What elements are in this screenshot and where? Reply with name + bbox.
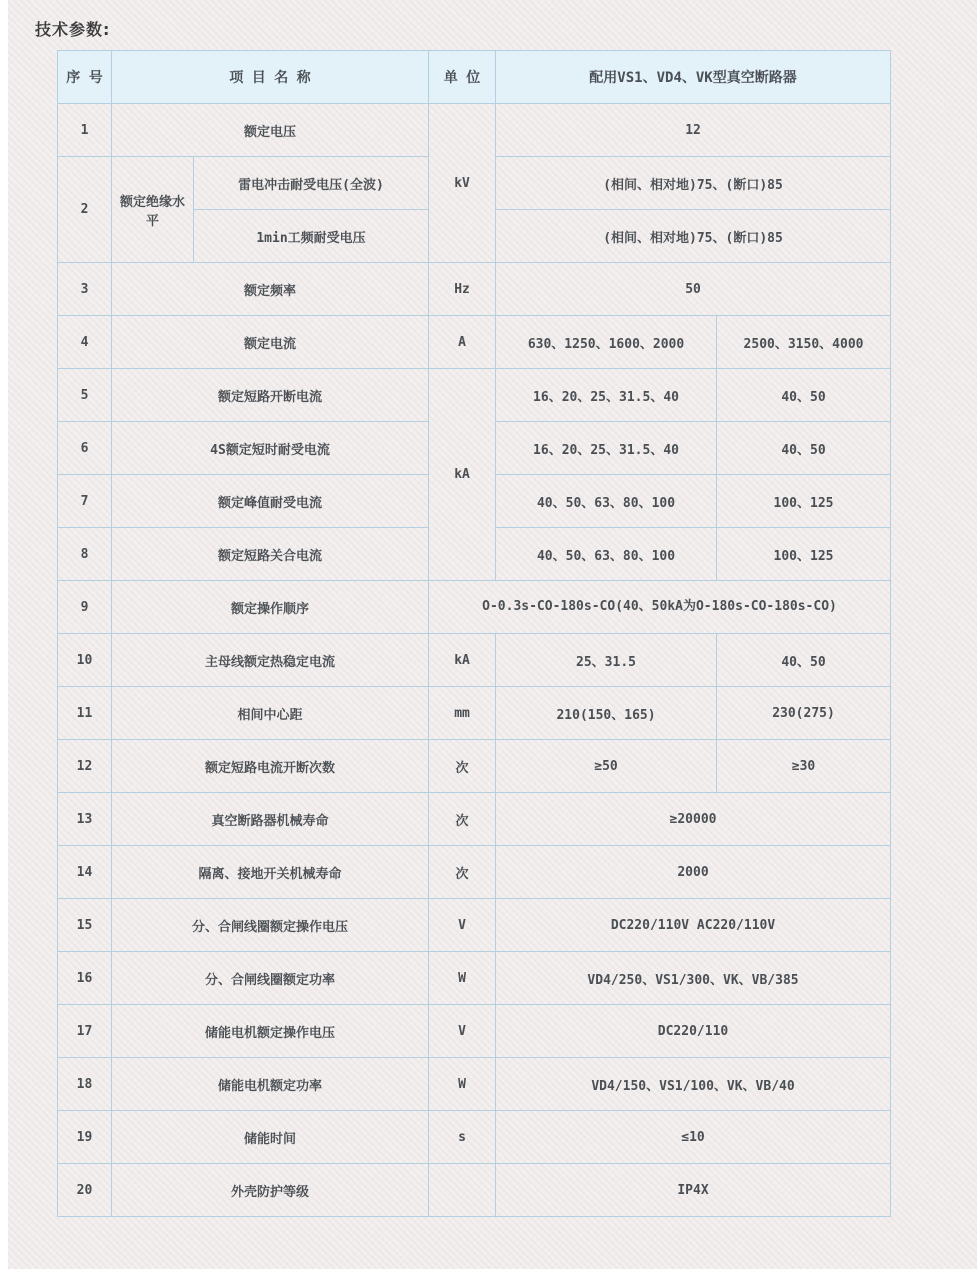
row-value: (相间、相对地)75、(断口)85 <box>496 157 891 210</box>
row-value: ≤10 <box>496 1111 891 1164</box>
row-value-a: 16、20、25、31.5、40 <box>496 369 717 422</box>
page-background: 技术参数: 序 号 项 目 名 称 单 位 配用VS1、VD4、VK型真空断路器… <box>8 0 977 1269</box>
row-no: 6 <box>58 422 112 475</box>
row-value-a: ≥50 <box>496 740 717 793</box>
row-value-a: 16、20、25、31.5、40 <box>496 422 717 475</box>
table-row: 3 额定频率 Hz 50 <box>58 263 891 316</box>
row-subname: 1min工频耐受电压 <box>194 210 429 263</box>
row-name: 储能电机额定功率 <box>112 1058 429 1111</box>
table-row: 12 额定短路电流开断次数 次 ≥50 ≥30 <box>58 740 891 793</box>
row-value-a: 630、1250、1600、2000 <box>496 316 717 369</box>
header-value: 配用VS1、VD4、VK型真空断路器 <box>496 51 891 104</box>
row-value-a: 25、31.5 <box>496 634 717 687</box>
row-value-b: 40、50 <box>717 634 891 687</box>
row-no: 10 <box>58 634 112 687</box>
row-name: 主母线额定热稳定电流 <box>112 634 429 687</box>
header-row: 序 号 项 目 名 称 单 位 配用VS1、VD4、VK型真空断路器 <box>58 51 891 104</box>
row-name: 4S额定短时耐受电流 <box>112 422 429 475</box>
row-value-b: 100、125 <box>717 475 891 528</box>
row-value-b: 2500、3150、4000 <box>717 316 891 369</box>
row-value-b: 40、50 <box>717 422 891 475</box>
row-value-a: 210(150、165) <box>496 687 717 740</box>
row-subname: 雷电冲击耐受电压(全波) <box>194 157 429 210</box>
table-row: 18 储能电机额定功率 W VD4/150、VS1/100、VK、VB/40 <box>58 1058 891 1111</box>
row-name: 额定绝缘水平 <box>112 157 194 263</box>
row-name: 额定电流 <box>112 316 429 369</box>
row-name: 额定频率 <box>112 263 429 316</box>
row-value: DC220/110 <box>496 1005 891 1058</box>
table-row: 19 储能时间 s ≤10 <box>58 1111 891 1164</box>
row-value-a: 40、50、63、80、100 <box>496 528 717 581</box>
row-value: VD4/150、VS1/100、VK、VB/40 <box>496 1058 891 1111</box>
row-name: 真空断路器机械寿命 <box>112 793 429 846</box>
row-value: VD4/250、VS1/300、VK、VB/385 <box>496 952 891 1005</box>
row-unit: kV <box>429 104 496 263</box>
row-unit: kA <box>429 369 496 581</box>
row-name: 额定操作顺序 <box>112 581 429 634</box>
row-value-b: 230(275) <box>717 687 891 740</box>
row-unit <box>429 1164 496 1217</box>
row-name: 额定短路关合电流 <box>112 528 429 581</box>
row-name: 外壳防护等级 <box>112 1164 429 1217</box>
specs-table: 序 号 项 目 名 称 单 位 配用VS1、VD4、VK型真空断路器 1 额定电… <box>57 50 891 1217</box>
header-unit: 单 位 <box>429 51 496 104</box>
table-row: 20 外壳防护等级 IP4X <box>58 1164 891 1217</box>
row-value-a: 40、50、63、80、100 <box>496 475 717 528</box>
row-name: 额定电压 <box>112 104 429 157</box>
row-unit: V <box>429 1005 496 1058</box>
row-name: 额定峰值耐受电流 <box>112 475 429 528</box>
row-name: 隔离、接地开关机械寿命 <box>112 846 429 899</box>
row-name: 额定短路开断电流 <box>112 369 429 422</box>
table-row: 4 额定电流 A 630、1250、1600、2000 2500、3150、40… <box>58 316 891 369</box>
table-row: 17 储能电机额定操作电压 V DC220/110 <box>58 1005 891 1058</box>
row-value: ≥20000 <box>496 793 891 846</box>
row-no: 12 <box>58 740 112 793</box>
row-no: 11 <box>58 687 112 740</box>
row-value: 2000 <box>496 846 891 899</box>
table-row: 11 相间中心距 mm 210(150、165) 230(275) <box>58 687 891 740</box>
row-no: 1 <box>58 104 112 157</box>
row-no: 17 <box>58 1005 112 1058</box>
row-unit: mm <box>429 687 496 740</box>
table-row: 10 主母线额定热稳定电流 kA 25、31.5 40、50 <box>58 634 891 687</box>
table-row: 14 隔离、接地开关机械寿命 次 2000 <box>58 846 891 899</box>
row-no: 2 <box>58 157 112 263</box>
row-no: 8 <box>58 528 112 581</box>
row-no: 4 <box>58 316 112 369</box>
row-value: O-0.3s-CO-180s-CO(40、50kA为O-180s-CO-180s… <box>429 581 891 634</box>
table-row: 13 真空断路器机械寿命 次 ≥20000 <box>58 793 891 846</box>
row-no: 14 <box>58 846 112 899</box>
row-value: 50 <box>496 263 891 316</box>
row-no: 3 <box>58 263 112 316</box>
row-name: 相间中心距 <box>112 687 429 740</box>
table-row: 15 分、合闸线圈额定操作电压 V DC220/110V AC220/110V <box>58 899 891 952</box>
table-row: 16 分、合闸线圈额定功率 W VD4/250、VS1/300、VK、VB/38… <box>58 952 891 1005</box>
row-no: 20 <box>58 1164 112 1217</box>
row-unit: Hz <box>429 263 496 316</box>
row-value: (相间、相对地)75、(断口)85 <box>496 210 891 263</box>
row-value-b: ≥30 <box>717 740 891 793</box>
table-row: 1 额定电压 kV 12 <box>58 104 891 157</box>
row-unit: 次 <box>429 846 496 899</box>
row-no: 5 <box>58 369 112 422</box>
row-value: 12 <box>496 104 891 157</box>
header-item-name: 项 目 名 称 <box>112 51 429 104</box>
row-name: 额定短路电流开断次数 <box>112 740 429 793</box>
row-unit: s <box>429 1111 496 1164</box>
row-no: 15 <box>58 899 112 952</box>
row-name: 储能时间 <box>112 1111 429 1164</box>
row-no: 13 <box>58 793 112 846</box>
row-value-b: 100、125 <box>717 528 891 581</box>
row-no: 16 <box>58 952 112 1005</box>
row-value-b: 40、50 <box>717 369 891 422</box>
table-row: 9 额定操作顺序 O-0.3s-CO-180s-CO(40、50kA为O-180… <box>58 581 891 634</box>
row-unit: V <box>429 899 496 952</box>
row-name: 储能电机额定操作电压 <box>112 1005 429 1058</box>
row-name: 分、合闸线圈额定功率 <box>112 952 429 1005</box>
row-unit: W <box>429 952 496 1005</box>
row-value: DC220/110V AC220/110V <box>496 899 891 952</box>
page-title: 技术参数: <box>35 17 110 40</box>
row-unit: 次 <box>429 793 496 846</box>
row-name: 分、合闸线圈额定操作电压 <box>112 899 429 952</box>
row-no: 18 <box>58 1058 112 1111</box>
row-unit: W <box>429 1058 496 1111</box>
row-no: 19 <box>58 1111 112 1164</box>
row-unit: kA <box>429 634 496 687</box>
row-unit: 次 <box>429 740 496 793</box>
header-index: 序 号 <box>58 51 112 104</box>
table-row: 5 额定短路开断电流 kA 16、20、25、31.5、40 40、50 <box>58 369 891 422</box>
row-no: 7 <box>58 475 112 528</box>
row-unit: A <box>429 316 496 369</box>
row-value: IP4X <box>496 1164 891 1217</box>
row-no: 9 <box>58 581 112 634</box>
